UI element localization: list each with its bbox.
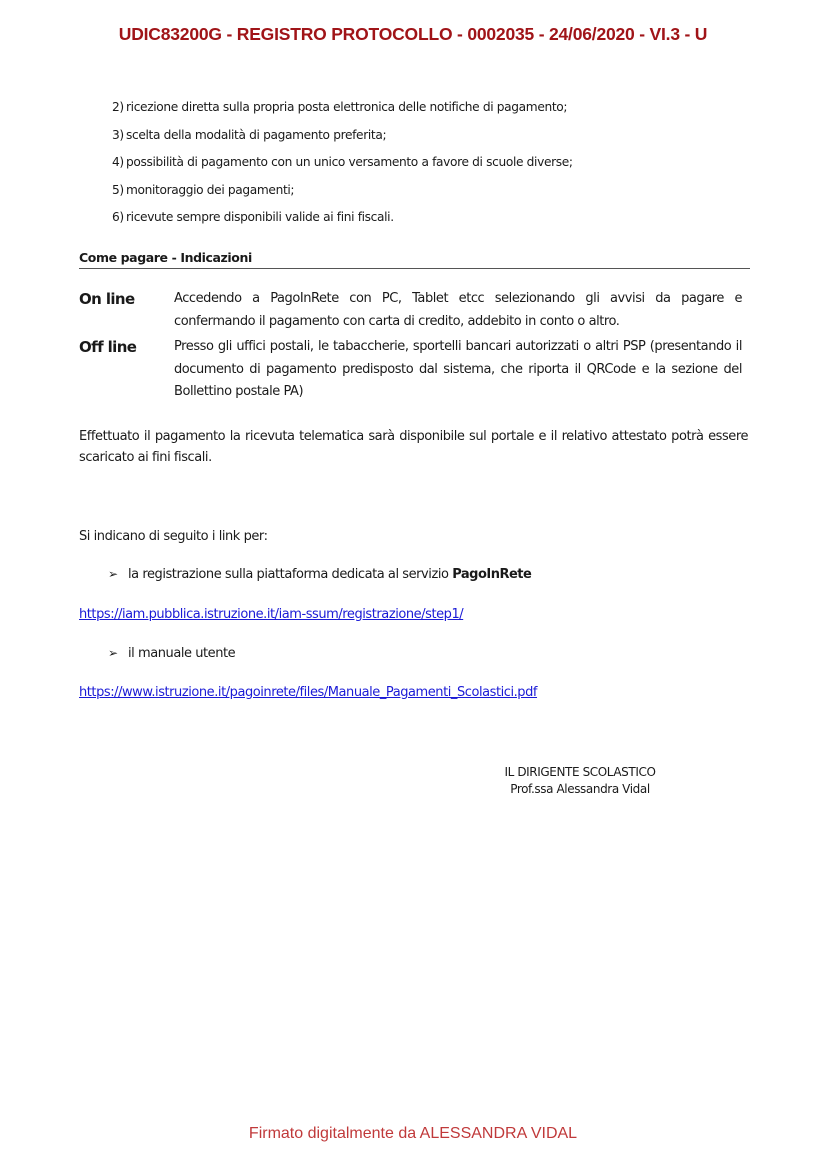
list-number: 2) [112, 98, 126, 116]
list-number: 6) [112, 208, 126, 226]
list-item: 5)monitoraggio dei pagamenti; [112, 181, 573, 209]
benefits-list: 2)ricezione diretta sulla propria posta … [112, 98, 573, 236]
link-bullet-registration: ➢la registrazione sulla piattaforma dedi… [108, 567, 531, 582]
registration-link[interactable]: https://iam.pubblica.istruzione.it/iam-s… [79, 607, 463, 622]
payment-method-label: On line [79, 290, 135, 308]
payment-method-label: Off line [79, 338, 136, 356]
protocol-header: UDIC83200G - REGISTRO PROTOCOLLO - 00020… [0, 24, 826, 45]
link-bullet-manual: ➢il manuale utente [108, 646, 235, 661]
manual-link[interactable]: https://www.istruzione.it/pagoinrete/fil… [79, 685, 537, 700]
list-text: possibilità di pagamento con un unico ve… [126, 155, 573, 169]
arrow-right-icon: ➢ [108, 646, 128, 660]
list-text: scelta della modalità di pagamento prefe… [126, 128, 386, 142]
list-item: 6)ricevute sempre disponibili valide ai … [112, 208, 573, 236]
list-number: 3) [112, 126, 126, 144]
bullet-text: il manuale utente [128, 646, 235, 661]
payment-method-text: Presso gli uffici postali, le tabaccheri… [174, 336, 742, 404]
list-item: 4)possibilità di pagamento con un unico … [112, 153, 573, 181]
list-item: 3)scelta della modalità di pagamento pre… [112, 126, 573, 154]
section-title: Come pagare - Indicazioni [79, 250, 750, 269]
list-item: 2)ricezione diretta sulla propria posta … [112, 98, 573, 126]
signature-role: IL DIRIGENTE SCOLASTICO [480, 764, 680, 781]
bullet-text: la registrazione sulla piattaforma dedic… [128, 567, 452, 582]
links-intro: Si indicano di seguito i link per: [79, 526, 748, 547]
signature-block: IL DIRIGENTE SCOLASTICO Prof.ssa Alessan… [480, 764, 680, 798]
list-text: ricevute sempre disponibili valide ai fi… [126, 210, 394, 224]
list-number: 5) [112, 181, 126, 199]
arrow-right-icon: ➢ [108, 567, 128, 581]
list-text: ricezione diretta sulla propria posta el… [126, 100, 567, 114]
digital-signature-footer: Firmato digitalmente da ALESSANDRA VIDAL [0, 1125, 826, 1143]
receipt-paragraph: Effettuato il pagamento la ricevuta tele… [79, 426, 748, 468]
list-number: 4) [112, 153, 126, 171]
list-text: monitoraggio dei pagamenti; [126, 183, 294, 197]
bullet-bold-text: PagoInRete [452, 567, 531, 582]
signature-name: Prof.ssa Alessandra Vidal [480, 781, 680, 798]
payment-method-text: Accedendo a PagoInRete con PC, Tablet et… [174, 288, 742, 333]
